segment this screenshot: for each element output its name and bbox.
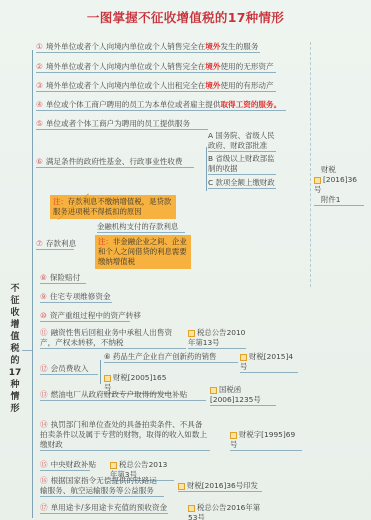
item-text: 境外单位或者个人向境内单位或个人出租完全在 — [46, 81, 205, 90]
reference-icon — [188, 330, 195, 337]
root-char: 不 — [8, 283, 22, 295]
item-6-child-a: A 国务院、省级人民政府、财政部批准 — [208, 131, 276, 152]
root-char: 的 — [8, 355, 22, 367]
item-15: ⑮中央财政补贴 — [40, 460, 90, 471]
root-char: 税 — [8, 343, 22, 355]
item-text: 保险赔付 — [50, 273, 80, 282]
ref-text: 国税函[2006]1235号 — [210, 385, 261, 404]
item-14-reference: 财税字[1995]69号 — [230, 430, 302, 451]
item-10: ⑩资产重组过程中的资产转移 — [40, 311, 130, 322]
item-number: ⑬ — [40, 390, 48, 399]
ref-line: 财税 — [314, 165, 364, 175]
item-text: 境外单位或者个人向境内单位或个人销售完全在 — [46, 62, 205, 71]
root-char: 形 — [8, 403, 22, 415]
item-text: 燃油电厂从政府财政专户取得的发电补贴 — [51, 390, 188, 399]
item-number: ⑧ — [40, 273, 47, 282]
item-number: ⑥ — [36, 157, 43, 166]
item-text: 住宅专项维修资金 — [50, 292, 111, 301]
reference-icon — [230, 432, 237, 439]
item-number: ④ — [36, 100, 43, 109]
root-node: 不 征 收 增 值 税 的 17 种 情 形 — [8, 283, 22, 415]
item-16: ⑯根据国家指令无偿提供的铁路运输服务、航空运输服务等公益服务 — [40, 476, 164, 497]
ref-text: 财税[2016]36号印发 — [187, 481, 258, 490]
item-text: 会员费收入 — [51, 364, 89, 373]
item-17-reference: 税总公告2016年第53号 — [188, 503, 268, 520]
item-highlight: 境外 — [205, 42, 220, 51]
note-deposit-interest: 注：存款利息不缴纳增值税，是贷款服务进项税不得抵扣的原因 — [50, 195, 176, 219]
item-12-child-reference: 财税[2015]4号 — [240, 352, 298, 373]
item-13: ⑬燃油电厂从政府财政专户取得的发电补贴 — [40, 390, 206, 401]
item-8: ⑧保险赔付 — [40, 273, 86, 284]
reference-icon — [178, 483, 185, 490]
item-6-child-b: B 省级以上财政部监制的收据 — [208, 154, 276, 175]
root-char: 收 — [8, 307, 22, 319]
group-reference: 财税 [2016]36号 附件1 — [314, 165, 364, 206]
item-12-child: ⑥ 药品生产企业自产创新药的销售 — [104, 352, 238, 363]
item-number: ⑤ — [36, 119, 43, 128]
item-text: 满足条件的政府性基金、行政事业性收费 — [46, 157, 183, 166]
reference-icon — [210, 387, 217, 394]
item-text: 根据国家指令无偿提供的铁路运输服务、航空运输服务等公益服务 — [40, 476, 157, 495]
item-number: ⑩ — [40, 311, 47, 320]
item-text: 境外单位或者个人向境内单位或个人销售完全在 — [46, 42, 205, 51]
item-6-child-c: C 款项全额上缴财政 — [208, 178, 276, 189]
note-label: 注： — [98, 237, 113, 246]
item-1: ①境外单位或者个人向境内单位或个人销售完全在境外发生的服务 — [36, 42, 260, 53]
item-number: ② — [36, 62, 43, 71]
item-number: ③ — [36, 81, 43, 90]
reference-icon — [240, 354, 247, 361]
item-text: 执罚部门和单位查处的具备拍卖条件、不具备拍卖条件以及属于专营的财物，取得的收入如… — [40, 420, 207, 449]
item-text: 单位或者个体工商户为聘用的员工提供服务 — [46, 119, 190, 128]
root-char: 17 — [8, 367, 22, 379]
trunk-line — [32, 50, 33, 518]
item-text: 资产重组过程中的资产转移 — [50, 311, 141, 320]
item-11-reference: 税总公告2010年第13号 — [188, 328, 246, 349]
item-6: ⑥满足条件的政府性基金、行政事业性收费 — [36, 157, 194, 168]
item-4: ④单位或个体工商户聘用的员工为本单位或者雇主提供取得工资的服务。 — [36, 100, 286, 111]
item-text: 使用的无形资产 — [220, 62, 273, 71]
item-text: 使用的有形动产 — [220, 81, 273, 90]
item-6-branch — [206, 147, 207, 191]
item-highlight: 境外 — [205, 81, 220, 90]
root-char: 征 — [8, 295, 22, 307]
item-5: ⑤单位或者个体工商户为聘用的员工提供服务 — [36, 119, 208, 130]
reference-icon — [110, 462, 117, 469]
item-number: ① — [36, 42, 43, 51]
item-text: 单用途卡/多用途卡充值的预收资金 — [51, 503, 167, 512]
group-bracket — [310, 42, 311, 287]
root-connector — [22, 350, 32, 351]
reference-icon — [104, 375, 111, 382]
item-number: ⑭ — [40, 420, 48, 429]
item-12-branch — [100, 360, 101, 384]
ref-text: 财税[2015]4号 — [240, 352, 293, 371]
reference-icon — [314, 177, 321, 184]
item-number: ⑨ — [40, 292, 47, 301]
item-7: ⑦存款利息 — [36, 239, 74, 250]
item-7-child: 金融机构支付的存款利息 — [97, 222, 185, 233]
item-11: ⑪融资性售后回租业务中承租人出售资产，产权未转移，不纳税 — [40, 328, 186, 349]
reference-icon — [188, 505, 195, 512]
item-2: ②境外单位或者个人向境内单位或个人销售完全在境外使用的无形资产 — [36, 62, 276, 73]
item-17: ⑰单用途卡/多用途卡充值的预收资金 — [40, 503, 168, 514]
item-text: 发生的服务 — [220, 42, 258, 51]
item-highlight: 境外 — [205, 62, 220, 71]
item-3: ③境外单位或者个人向境内单位或个人出租完全在境外使用的有形动产 — [36, 81, 276, 92]
page-title: 一图掌握不征收增值税的17种情形 — [0, 8, 371, 26]
item-number: ⑰ — [40, 503, 48, 512]
item-text: 存款利息 — [46, 239, 76, 248]
item-14: ⑭执罚部门和单位查处的具备拍卖条件、不具备拍卖条件以及属于专营的财物，取得的收入… — [40, 420, 210, 451]
ref-text: 财税字[1995]69号 — [230, 430, 295, 449]
item-text: 中央财政补贴 — [51, 460, 97, 469]
root-char: 值 — [8, 331, 22, 343]
item-9: ⑨住宅专项维修资金 — [40, 292, 112, 303]
item-12: ⑫会员费收入 — [40, 364, 98, 375]
item-highlight: 取得工资的服务。 — [220, 100, 281, 109]
item-number: ⑯ — [40, 476, 48, 485]
ref-text: 税总公告2010年第13号 — [188, 328, 245, 347]
item-16-reference: 财税[2016]36号印发 — [178, 481, 262, 492]
item-number: ⑦ — [36, 239, 43, 248]
ref-line: 附件1 — [314, 195, 364, 205]
item-number: ⑮ — [40, 460, 48, 469]
root-char: 种 — [8, 379, 22, 391]
root-char: 情 — [8, 391, 22, 403]
item-13-reference: 国税函[2006]1235号 — [210, 385, 276, 406]
item-text: 单位或个体工商户聘用的员工为本单位或者雇主提供 — [46, 100, 221, 109]
item-number: ⑪ — [40, 328, 48, 337]
note-nonfinancial-loans: 注：非金融企业之间、企业和个人之间借贷的利息需要缴纳增值税 — [95, 235, 191, 269]
item-text: 融资性售后回租业务中承租人出售资产，产权未转移，不纳税 — [40, 328, 172, 347]
item-number: ⑫ — [40, 364, 48, 373]
root-char: 增 — [8, 319, 22, 331]
ref-text: 税总公告2016年第53号 — [188, 503, 260, 520]
note-label: 注： — [53, 197, 68, 206]
